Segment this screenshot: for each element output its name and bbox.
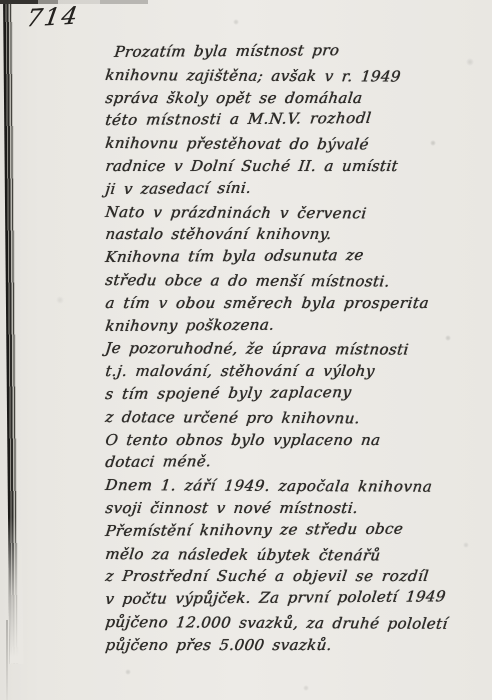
scan-edge-artifact [0, 0, 170, 4]
handwritten-line: z dotace určené pro knihovnu. [104, 406, 478, 431]
handwritten-line: knihovnu přestěhovat do bývalé [104, 132, 478, 157]
handwritten-line: Knihovna tím byla odsunuta ze [104, 243, 479, 269]
handwritten-text-block: Prozatím byla místnost pro knihovnu zaji… [104, 41, 476, 657]
handwritten-line: svoji činnost v nové místnosti. [104, 497, 479, 520]
handwritten-line: půjčeno přes 5.000 svazků. [104, 634, 479, 657]
handwritten-line: Dnem 1. září 1949. započala knihovna [104, 474, 478, 499]
binding-edge-fade [6, 620, 8, 700]
handwritten-line: knihovnu zajištěna; avšak v r. 1949 [104, 64, 478, 89]
handwritten-line: v počtu výpůjček. Za první pololetí 1949 [104, 585, 479, 611]
handwritten-line: středu obce a do menší místnosti. [104, 269, 478, 294]
handwritten-line: půjčeno 12.000 svazků, za druhé pololetí [104, 611, 478, 636]
handwritten-line: mělo za následek úbytek čtenářů [104, 543, 478, 568]
handwritten-line: s tím spojené byly zaplaceny [104, 380, 479, 406]
scanned-chronicle-page: 714 Prozatím byla místnost pro knihovnu … [0, 0, 492, 700]
handwritten-line: knihovny poškozena. [104, 312, 479, 338]
handwritten-line: ji v zasedací síni. [104, 175, 479, 201]
handwritten-line: Přemístění knihovny ze středu obce [104, 517, 479, 543]
handwritten-line: Nato v prázdninách v červenci [104, 201, 478, 226]
handwritten-line: Prozatím byla místnost pro [104, 38, 479, 64]
handwritten-line: dotaci méně. [104, 448, 479, 474]
binding-edge [3, 0, 23, 664]
handwritten-line: Je pozoruhodné, že úprava místnosti [104, 337, 478, 362]
handwritten-line: a tím v obou směrech byla prosperita [104, 292, 479, 315]
page-number: 714 [25, 2, 82, 33]
handwritten-line: radnice v Dolní Suché II. a umístit [104, 155, 479, 178]
handwritten-line: této místnosti a M.N.V. rozhodl [104, 106, 479, 132]
